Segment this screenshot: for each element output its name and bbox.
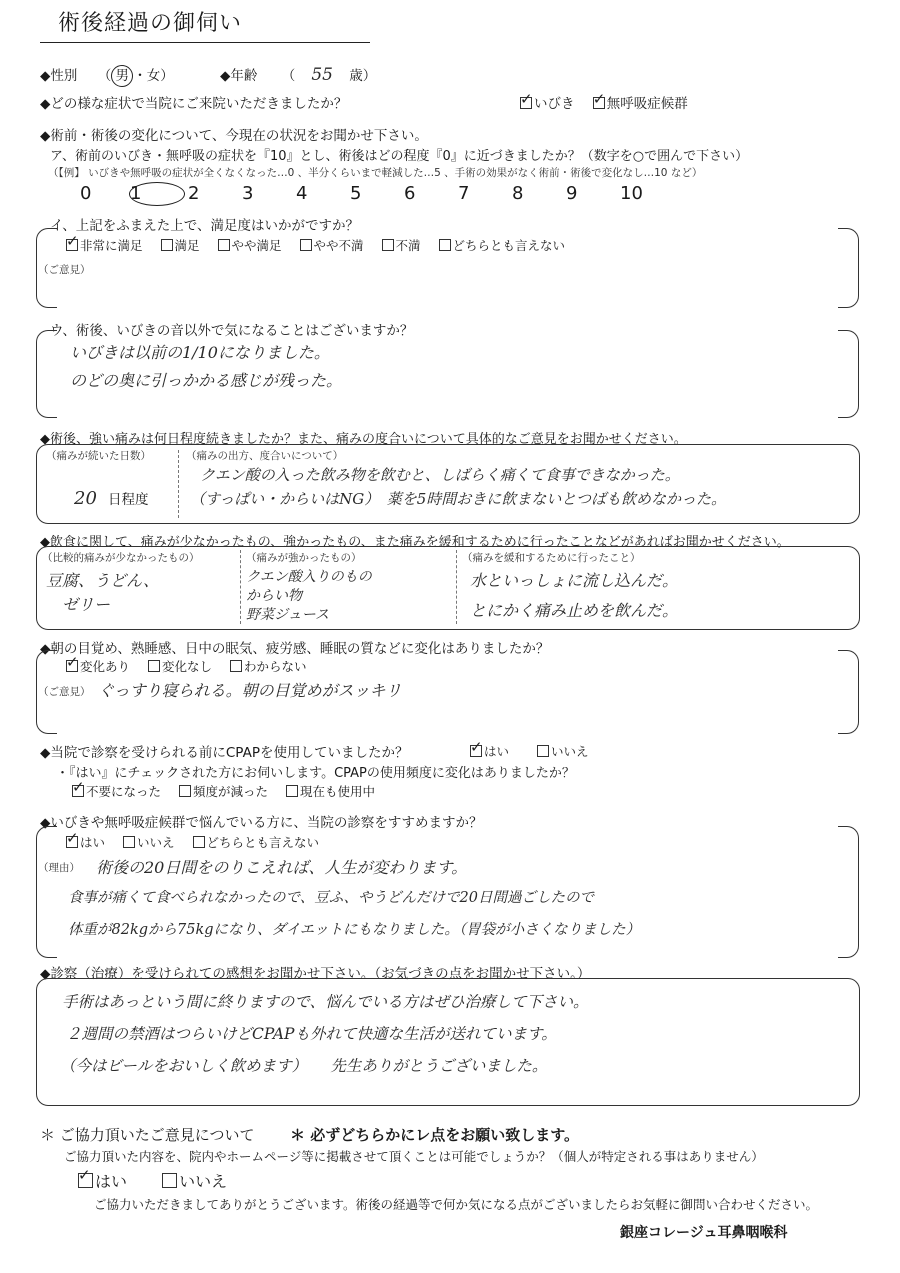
scale-3[interactable]: 3 — [242, 183, 296, 204]
checkbox-icon[interactable] — [78, 1173, 93, 1188]
satisfaction-box-right — [838, 228, 859, 308]
checkbox-icon[interactable] — [470, 745, 482, 757]
food-divider-2 — [456, 550, 457, 624]
pain-degree-label: （痛みの出方、度合いについて） — [186, 448, 343, 463]
checkbox-icon[interactable] — [300, 239, 312, 251]
consent-heading-right: ＊ 必ずどちらかにレ点をお願い致します。 — [290, 1124, 579, 1145]
recommend-option-neutral[interactable]: どちらとも言えない — [193, 833, 320, 851]
checkbox-icon[interactable] — [218, 239, 230, 251]
consent-options: はい いいえ — [78, 1169, 241, 1192]
symptom-option-snoring[interactable]: いびき — [520, 92, 575, 112]
impression-answer-1[interactable]: 手術はあっという間に終りますので、悩んでいる方はぜひ治療して下さい。 — [62, 990, 589, 1012]
other-concerns-box-right — [838, 330, 859, 418]
satisfaction-option-somewhat-satisfied[interactable]: やや満足 — [218, 236, 282, 254]
recommend-box-right — [838, 826, 859, 958]
food-relief-answer-2[interactable]: とにかく痛み止めを飲んだ。 — [470, 598, 678, 621]
scale-4[interactable]: 4 — [296, 183, 350, 204]
gender-male-option[interactable]: 男 — [111, 65, 133, 87]
food-less-answer-1[interactable]: 豆腐、うどん、 — [46, 568, 159, 591]
consent-option-yes[interactable]: はい — [78, 1169, 127, 1192]
age-unit: 歳 — [349, 68, 363, 84]
pain-days-label: （痛みが続いた日数） — [46, 448, 151, 463]
pain-degree-answer-1[interactable]: クエン酸の入った飲み物を飲むと、しばらく痛くて食事できなかった。 — [200, 464, 680, 485]
pain-days-field: 20 日程度 — [74, 488, 149, 509]
food-divider-1 — [240, 550, 241, 624]
recommend-reason-1[interactable]: 術後の20日間をのりこえれば、人生が変わります。 — [96, 855, 467, 878]
other-concerns-box-left — [36, 330, 57, 418]
food-strong-answer-2[interactable]: からい物 — [246, 585, 302, 605]
checkbox-icon[interactable] — [66, 660, 78, 672]
checkbox-icon[interactable] — [193, 836, 205, 848]
consent-option-no[interactable]: いいえ — [162, 1169, 227, 1192]
satisfaction-options: 非常に満足 満足 やや満足 やや不満 不満 どちらとも言えない — [66, 236, 579, 254]
scale-10[interactable]: 10 — [620, 183, 674, 204]
satisfaction-option-very-satisfied[interactable]: 非常に満足 — [66, 236, 143, 254]
cpap-sub-options: 不要になった 頻度が減った 現在も使用中 — [72, 782, 389, 800]
scale-5[interactable]: 5 — [350, 183, 404, 204]
sleep-box-right — [838, 650, 859, 734]
recommend-box-left — [36, 826, 57, 958]
food-strong-answer-3[interactable]: 野菜ジュース — [246, 604, 329, 624]
recommend-reason-3[interactable]: 体重が82kgから75kgになり、ダイエットにもなりました。（胃袋が小さくなりま… — [68, 918, 640, 939]
consent-thanks: ご協力いただきましてありがとうございます。術後の経過等で何か気になる点がございま… — [94, 1195, 818, 1213]
cpap-options: はい いいえ — [470, 742, 603, 760]
recommend-option-no[interactable]: いいえ — [123, 833, 175, 851]
gender-female-option[interactable]: 女 — [147, 68, 161, 84]
checkbox-icon[interactable] — [439, 239, 451, 251]
consent-question: ご協力頂いた内容を、院内やホームページ等に掲載させて頂くことは可能でしょうか？（… — [64, 1147, 764, 1165]
cpap-option-no[interactable]: いいえ — [537, 742, 589, 760]
scale-2[interactable]: 2 — [188, 183, 242, 204]
recommend-options: はい いいえ どちらとも言えない — [66, 833, 333, 851]
checkbox-icon[interactable] — [286, 785, 298, 797]
impression-answer-2[interactable]: ２週間の禁酒はつらいけどCPAPも外れて快適な生活が送れています。 — [66, 1022, 557, 1044]
scale-9[interactable]: 9 — [566, 183, 620, 204]
cpap-sub-option-unneeded[interactable]: 不要になった — [72, 782, 161, 800]
sleep-question: ◆朝の目覚め、熟睡感、日中の眠気、疲労感、睡眠の質などに変化はありましたか？ — [40, 637, 549, 657]
recommend-option-yes[interactable]: はい — [66, 833, 105, 851]
satisfaction-question: イ、上記をふまえた上で、満足度はいかがですか？ — [50, 214, 359, 234]
recommend-reason-label: （理由） — [38, 860, 80, 875]
pain-days-value[interactable]: 20 — [74, 488, 97, 509]
checkbox-icon[interactable] — [123, 836, 135, 848]
checkbox-icon[interactable] — [537, 745, 549, 757]
change-question: ◆術前・術後の変化について、今現在の状況をお聞かせ下さい。 — [40, 124, 428, 144]
checkbox-icon[interactable] — [72, 785, 84, 797]
checkbox-icon[interactable] — [66, 239, 78, 251]
satisfaction-option-somewhat-dissatisfied[interactable]: やや不満 — [300, 236, 364, 254]
sleep-opinion-answer[interactable]: ぐっすり寝られる。朝の目覚めがスッキリ — [98, 678, 402, 701]
other-concerns-answer-2[interactable]: のどの奥に引っかかる感じが残った。 — [70, 368, 342, 391]
symptom-option-apnea[interactable]: 無呼吸症候群 — [593, 92, 688, 112]
checkbox-icon[interactable] — [161, 239, 173, 251]
title-underline — [40, 42, 370, 43]
food-strong-answer-1[interactable]: クエン酸入りのもの — [246, 566, 372, 586]
cpap-sub-option-reduced[interactable]: 頻度が減った — [179, 782, 268, 800]
food-relief-answer-1[interactable]: 水といっしょに流し込んだ。 — [470, 568, 678, 591]
clinic-name: 銀座コレージュ耳鼻咽喉科 — [620, 1222, 787, 1242]
satisfaction-opinion-label: （ご意見） — [38, 262, 91, 277]
sleep-option-unknown[interactable]: わからない — [230, 657, 307, 675]
scale-8[interactable]: 8 — [512, 183, 566, 204]
satisfaction-option-neutral[interactable]: どちらとも言えない — [439, 236, 566, 254]
scale-6[interactable]: 6 — [404, 183, 458, 204]
sleep-opinion-label: （ご意見） — [38, 684, 91, 699]
sleep-options: 変化あり 変化なし わからない — [66, 657, 321, 675]
satisfaction-option-satisfied[interactable]: 満足 — [161, 236, 200, 254]
change-example: （【例】 いびきや無呼吸の症状が全くなくなった…0 、半分くらいまで軽減した…5… — [48, 165, 702, 180]
scale-1[interactable]: 1 — [134, 182, 188, 206]
checkbox-icon[interactable] — [230, 660, 242, 672]
change-scale: 012345678910 — [80, 182, 674, 206]
checkbox-icon[interactable] — [162, 1173, 177, 1188]
food-less-answer-2[interactable]: ゼリー — [62, 592, 110, 615]
food-strong-label: （痛みが強かったもの） — [246, 550, 362, 565]
cpap-option-yes[interactable]: はい — [470, 742, 509, 760]
checkbox-icon[interactable] — [148, 660, 160, 672]
pain-degree-answer-2[interactable]: （すっぱい・からいはNG） 薬を5時間おきに飲まないとつばも飲めなかった。 — [190, 488, 726, 509]
gender-field: ◆性別 （男・女） — [40, 64, 174, 87]
impression-answer-3[interactable]: （今はビールをおいしく飲めます） 先生ありがとうございました。 — [60, 1054, 547, 1076]
checkbox-icon[interactable] — [382, 239, 394, 251]
food-less-label: （比較的痛みが少なかったもの） — [42, 550, 200, 565]
cpap-sub-option-still-using[interactable]: 現在も使用中 — [286, 782, 375, 800]
satisfaction-option-dissatisfied[interactable]: 不満 — [382, 236, 421, 254]
pain-duration-divider — [178, 450, 179, 518]
age-value[interactable]: 55 — [295, 65, 349, 85]
checkbox-icon[interactable] — [593, 97, 605, 109]
scale-0[interactable]: 0 — [80, 183, 134, 204]
checkbox-icon[interactable] — [66, 836, 78, 848]
symptoms-question: ◆どの様な症状で当院にご来院いただきましたか？ — [40, 92, 347, 112]
food-relief-label: （痛みを緩和するために行ったこと） — [462, 550, 641, 565]
page-title: 術後経過の御伺い — [58, 6, 242, 37]
gender-label: ◆性別 — [40, 68, 77, 84]
recommend-question: ◆いびきや無呼吸症候群で悩んでいる方に、当院の診察をすすめますか？ — [40, 811, 483, 831]
sleep-option-changed[interactable]: 変化あり — [66, 657, 130, 675]
checkbox-icon[interactable] — [179, 785, 191, 797]
change-sub-a: ア、術前のいびき・無呼吸の症状を『10』とし、術後はどの程度『0』に近づきました… — [50, 145, 748, 164]
consent-heading-left: ＊ ご協力頂いたご意見について — [40, 1124, 254, 1145]
age-label: ◆年齢 — [220, 68, 257, 84]
pain-days-unit: 日程度 — [108, 492, 149, 508]
cpap-sub-question: ・『はい』にチェックされた方にお伺いします。CPAPの使用頻度に変化はありました… — [56, 762, 575, 781]
other-concerns-question: ウ、術後、いびきの音以外で気になることはございますか？ — [50, 319, 413, 339]
checkbox-icon[interactable] — [520, 97, 532, 109]
scale-7[interactable]: 7 — [458, 183, 512, 204]
sleep-option-no-change[interactable]: 変化なし — [148, 657, 212, 675]
age-field: ◆年齢 （55歳） — [220, 64, 376, 85]
symptoms-options: いびき 無呼吸症候群 — [520, 92, 702, 112]
recommend-reason-2[interactable]: 食事が痛くて食べられなかったので、豆ふ、やうどんだけで20日間過ごしたので — [68, 886, 594, 907]
cpap-question: ◆当院で診察を受けられる前にCPAPを使用していましたか？ — [40, 741, 408, 761]
other-concerns-answer-1[interactable]: いびきは以前の1/10になりました。 — [70, 340, 330, 363]
